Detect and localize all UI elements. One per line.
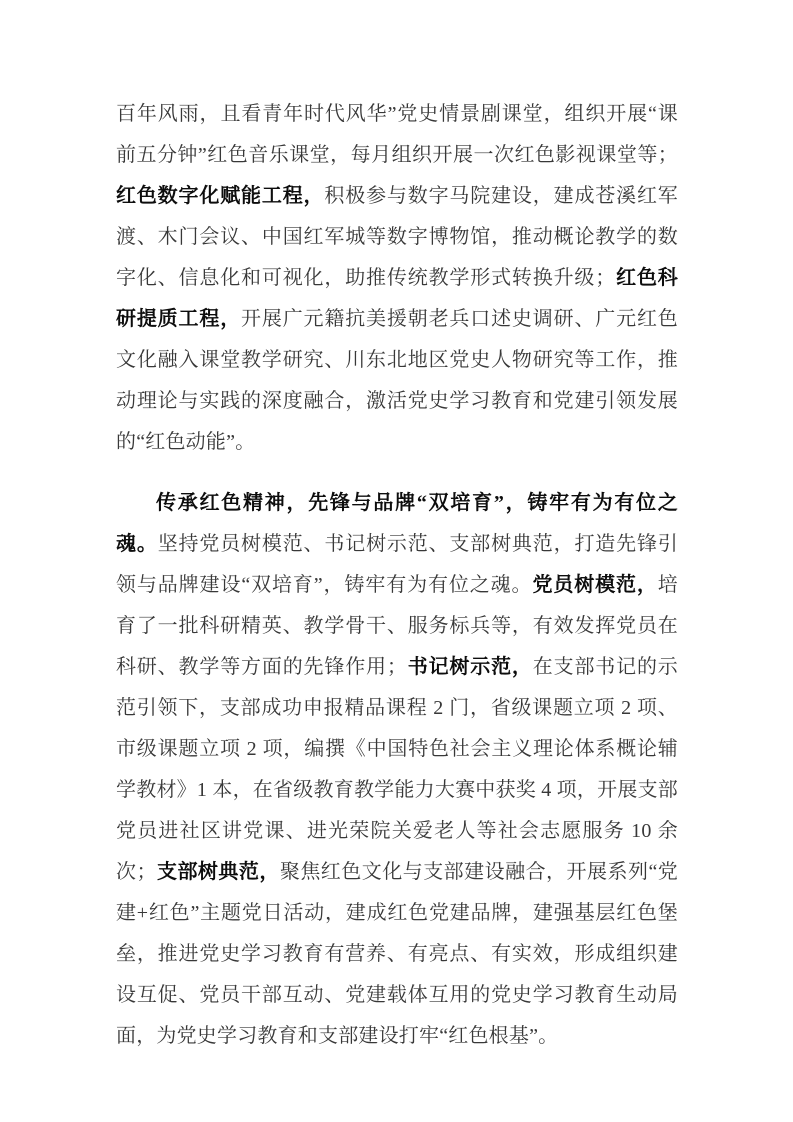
text-run-bold-keyword: 书记树示范， [407,656,533,678]
document-page: 百年风雨，且看青年时代风华”党史情景剧课堂，组织开展“课前五分钟”红色音乐课堂，… [0,0,793,1122]
text-run-bold-project-title: 红色数字化赋能工程， [116,185,324,207]
paragraph-2: 传承红色精神，先锋与品牌“双培育”，铸牢有为有位之魂。坚持党员树模范、书记树示范… [116,483,678,1057]
text-run-bold-keyword: 党员树模范， [532,574,657,596]
text-run: 在支部书记的示范引领下，支部成功申报精品课程 2 门，省级课题立项 2 项、市级… [116,656,678,883]
paragraph-1: 百年风雨，且看青年时代风华”党史情景剧课堂，组织开展“课前五分钟”红色音乐课堂，… [116,94,678,463]
text-run: 聚焦红色文化与支部建设融合，开展系列“党建+红色”主题党日活动，建成红色党建品牌… [116,861,678,1047]
text-run-bold-keyword: 支部树典范， [157,861,280,883]
text-run: 百年风雨，且看青年时代风华”党史情景剧课堂，组织开展“课前五分钟”红色音乐课堂，… [116,103,678,166]
